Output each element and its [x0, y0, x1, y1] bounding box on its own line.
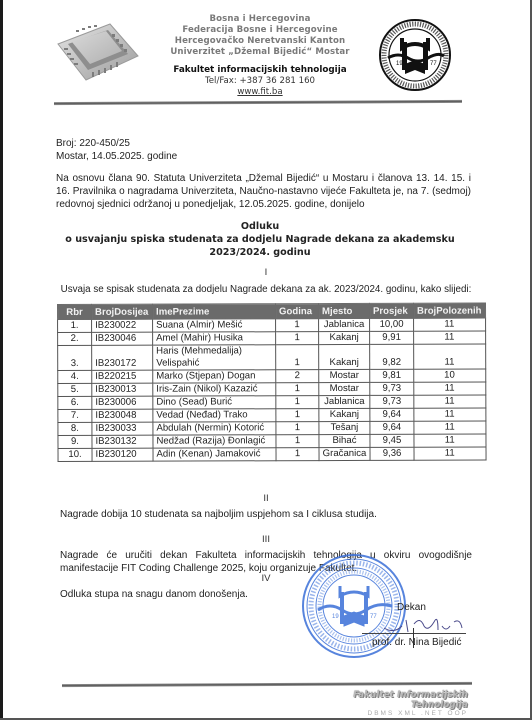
university-seal-icon: 19 77	[378, 18, 452, 92]
telfax: Tel/Fax: +387 36 281 160	[150, 76, 370, 87]
svg-text:77: 77	[370, 614, 377, 620]
section4-text: Odluka stupa na snagu danom donošenja.	[60, 588, 248, 601]
reference-block: Broj: 220-450/25 Mostar, 14.05.2025. god…	[56, 137, 177, 163]
place-date: Mostar, 14.05.2025. godine	[56, 150, 177, 163]
table-row: 3.IB230172Haris (Mehmedalija) Velispahić…	[58, 344, 486, 370]
cell-ime-prezime: Abdulah (Nermin) Kotorić	[153, 422, 276, 435]
cell-rbr: 3.	[58, 345, 92, 370]
cell-dosije: IB230048	[92, 409, 153, 422]
cell-mjesto: Kakanj	[319, 408, 370, 421]
cell-godina: 1	[276, 422, 319, 435]
cell-mjesto: Jablanica	[319, 318, 370, 331]
cell-broj-polozenih: 11	[414, 344, 486, 369]
footer-brand-tags: DBMS XML .NET OOP	[308, 710, 468, 717]
column-header: Prosjek	[369, 303, 413, 318]
cell-rbr: 9.	[58, 435, 92, 448]
cell-rbr: 5.	[58, 383, 92, 396]
cell-godina: 1	[276, 319, 319, 332]
cell-mjesto: Jablanica	[319, 395, 370, 408]
cell-prosjek: 9,81	[370, 369, 414, 382]
cell-dosije: IB230006	[92, 396, 153, 409]
reference-number: Broj: 220-450/25	[56, 137, 177, 150]
cell-broj-polozenih: 11	[414, 421, 486, 434]
title-line: 2023/2024. godinu	[40, 246, 480, 259]
cell-dosije: IB230013	[92, 383, 153, 396]
cell-mjesto: Mostar	[319, 382, 370, 395]
header-divider	[54, 100, 462, 105]
cell-rbr: 4.	[58, 370, 92, 383]
title-line: Odluku	[40, 220, 480, 233]
section-number: I	[0, 267, 532, 278]
cell-rbr: 7.	[58, 409, 92, 422]
cell-prosjek: 9,64	[370, 421, 414, 434]
letterhead-line: Univerzitet „Džemal Bijedić“ Mostar	[150, 47, 370, 58]
cell-godina: 1	[276, 448, 319, 461]
cell-mjesto: Kakanj	[319, 344, 370, 369]
cell-broj-polozenih: 11	[414, 331, 486, 344]
cell-rbr: 1.	[58, 319, 92, 332]
cell-godina: 2	[276, 370, 319, 383]
faculty-name: Fakultet informacijskih tehnologija	[150, 65, 370, 76]
cell-mjesto: Kakanj	[319, 331, 370, 344]
signatory-name: prof. dr. Nina Bijedić	[372, 636, 462, 649]
svg-text:19: 19	[332, 614, 339, 620]
cell-ime-prezime: Marko (Stjepan) Dogan	[153, 370, 276, 383]
cell-rbr: 2.	[58, 332, 92, 345]
cell-godina: 1	[276, 332, 319, 345]
scan-border-left	[0, 0, 3, 720]
letterhead-line: Federacija Bosne i Hercegovine	[150, 25, 370, 36]
svg-text:19: 19	[396, 61, 403, 67]
title-line: o usvajanju spiska studenata za dodjelu …	[40, 233, 480, 246]
cell-prosjek: 9,36	[370, 447, 414, 460]
chip-logo-icon	[52, 18, 142, 84]
cell-dosije: IB230120	[92, 448, 153, 461]
section2-text: Nagrade dobija 10 studenata sa najboljim…	[60, 508, 377, 521]
table-header-row: Rbr BrojDosijea ImePrezime Godina Mjesto…	[58, 303, 486, 319]
cell-ime-prezime: Adin (Kenan) Jamaković	[153, 448, 276, 461]
cell-prosjek: 9,64	[370, 408, 414, 421]
column-header: BrojDosijea	[92, 304, 153, 319]
decision-title: Odluku o usvajanju spiska studenata za d…	[40, 220, 480, 259]
cell-broj-polozenih: 11	[414, 318, 486, 331]
table-row: 10.IB230120Adin (Kenan) Jamaković1Gračan…	[58, 447, 486, 461]
cell-ime-prezime: Dino (Sead) Burić	[153, 396, 276, 409]
footer-brand: Fakultet Informacijskih Tehnologija DBMS…	[308, 690, 468, 717]
cell-dosije: IB230172	[92, 345, 153, 370]
students-table: Rbr BrojDosijea ImePrezime Godina Mjesto…	[57, 303, 486, 462]
cell-mjesto: Tešanj	[319, 421, 370, 434]
signature-line	[362, 633, 466, 634]
cell-broj-polozenih: 11	[414, 434, 486, 447]
footer-brand-title: Fakultet Informacijskih Tehnologija	[308, 690, 468, 710]
cell-dosije: IB230046	[92, 332, 153, 345]
cell-broj-polozenih: 10	[414, 369, 486, 382]
cell-prosjek: 10,00	[370, 318, 414, 331]
cell-ime-prezime: Vedad (Neđad) Trako	[153, 409, 276, 422]
cell-ime-prezime: Nedžad (Razija) Đonlagić	[153, 435, 276, 448]
cell-mjesto: Gračanica	[319, 447, 370, 460]
cell-dosije: IB230132	[92, 435, 153, 448]
website-link[interactable]: www.fit.ba	[150, 87, 370, 98]
column-header: Godina	[276, 304, 319, 319]
cell-rbr: 6.	[58, 396, 92, 409]
cell-dosije: IB220215	[92, 370, 153, 383]
letterhead-line: Hercegovačko Neretvanski Kanton	[150, 36, 370, 47]
cell-ime-prezime: Haris (Mehmedalija) Velispahić	[153, 345, 276, 370]
column-header: ImePrezime	[153, 304, 276, 319]
cell-broj-polozenih: 11	[414, 408, 486, 421]
intro-paragraph: Na osnovu člana 90. Statuta Univerziteta…	[56, 172, 471, 211]
svg-text:77: 77	[430, 61, 437, 67]
cell-ime-prezime: Amel (Mahir) Husika	[153, 332, 276, 345]
section3-text: Nagrade će uručiti dekan Fakulteta infor…	[60, 549, 472, 575]
cell-rbr: 10.	[58, 448, 92, 461]
cell-ime-prezime: Iris-Zain (Nikol) Kazazić	[153, 383, 276, 396]
cell-broj-polozenih: 11	[414, 447, 486, 460]
cell-dosije: IB230033	[92, 422, 153, 435]
cell-mjesto: Mostar	[319, 369, 370, 382]
cell-godina: 1	[276, 396, 319, 409]
cell-godina: 1	[276, 435, 319, 448]
cell-prosjek: 9,73	[370, 395, 414, 408]
column-header: BrojPolozenih	[413, 303, 485, 318]
cell-godina: 1	[276, 409, 319, 422]
cell-prosjek: 9,45	[370, 434, 414, 447]
cell-broj-polozenih: 11	[414, 382, 486, 395]
cell-rbr: 8.	[58, 422, 92, 435]
cell-prosjek: 9,91	[370, 331, 414, 344]
column-header: Rbr	[58, 304, 92, 319]
cell-mjesto: Bihać	[319, 434, 370, 447]
section-number: IV	[0, 573, 532, 584]
cell-ime-prezime: Suana (Almir) Mešić	[153, 319, 276, 332]
cell-godina: 1	[276, 345, 319, 370]
cell-dosije: IB230022	[92, 319, 153, 332]
section-number: II	[0, 493, 532, 504]
cell-broj-polozenih: 11	[414, 395, 486, 408]
letterhead-line: Bosna i Hercegovina	[150, 14, 370, 25]
cell-godina: 1	[276, 383, 319, 396]
column-header: Mjesto	[319, 303, 370, 318]
section-number: III	[0, 534, 532, 545]
footer-divider	[62, 682, 472, 687]
section1-text: Usvaja se spisak studenata za dodjelu Na…	[56, 283, 476, 296]
cell-prosjek: 9,73	[370, 382, 414, 395]
letterhead: Bosna i Hercegovina Federacija Bosne i H…	[150, 14, 370, 98]
cell-prosjek: 9,82	[370, 344, 414, 369]
